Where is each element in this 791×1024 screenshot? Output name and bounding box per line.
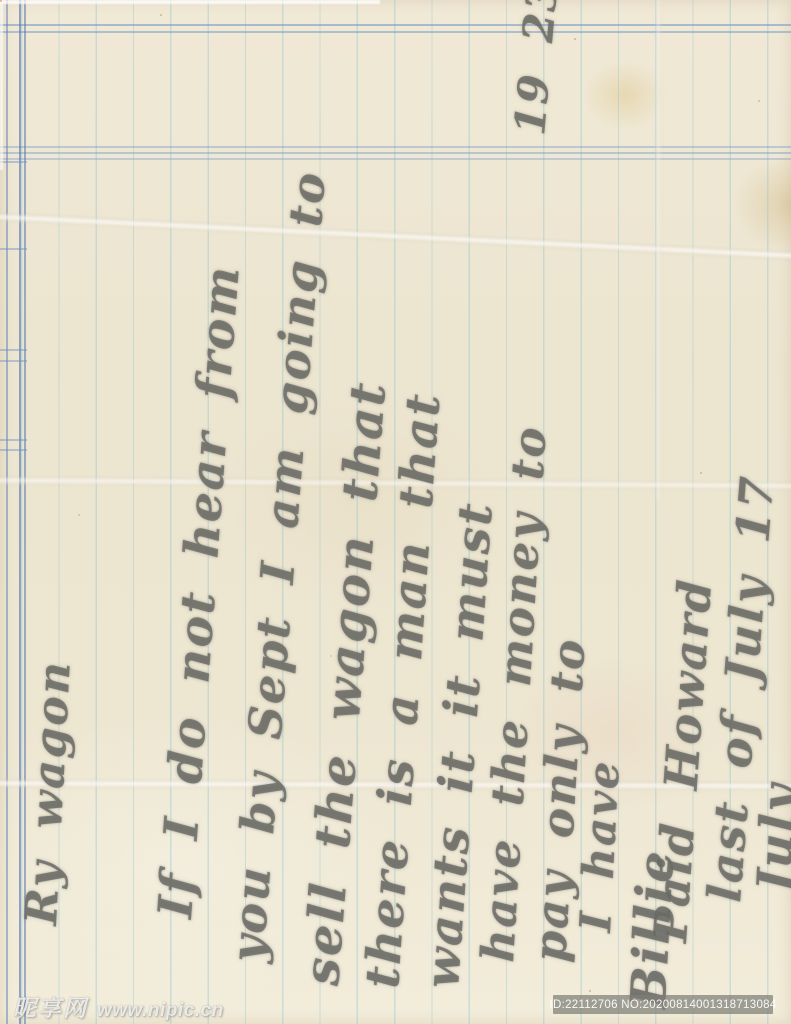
- handwriting-line: Billie: [619, 848, 685, 1010]
- handwriting-line: 19 23: [505, 0, 567, 137]
- scanned-letter-page: Ry wagonIf I do not hear fromyou by Sept…: [0, 0, 791, 1024]
- header-rule-line: [0, 24, 791, 26]
- under-sheet-rule-stub: [0, 248, 27, 250]
- handwriting-line: wants it it must: [415, 500, 504, 990]
- handwriting-line: last of July 17: [697, 473, 784, 904]
- under-sheet-edge-line: [6, 0, 8, 1024]
- ruled-lines-vertical: [0, 0, 791, 1024]
- under-sheet-rule-stub: [0, 161, 27, 163]
- handwriting-layer: Ry wagonIf I do not hear fromyou by Sept…: [0, 0, 791, 1024]
- nipic-site-name: 昵享网: [13, 990, 88, 1023]
- handwriting-line: pay only to: [523, 636, 596, 964]
- under-sheet-rule-stub: [0, 349, 27, 351]
- paper-fold-crease: [0, 779, 791, 791]
- paper-stain-specks: [0, 0, 2, 2]
- under-sheet-rule-stub: [0, 360, 27, 362]
- margin-line: [24, 0, 26, 1024]
- header-rule-line: [0, 31, 791, 33]
- paper-fold-crease: [0, 476, 791, 491]
- handwriting-line: If I do not hear from: [148, 263, 251, 920]
- header-rule-line: [0, 152, 791, 154]
- header-rule-line: [0, 146, 791, 148]
- nipic-site-url: www.nipic.cn: [97, 1000, 224, 1022]
- handwriting-line: July: [747, 781, 791, 893]
- handwriting-line: I have: [571, 758, 630, 933]
- handwriting-line: Paid Howard: [643, 576, 722, 944]
- handwriting-line: Ry wagon: [16, 659, 81, 926]
- nipic-watermark-logo: 昵享网 www.nipic.cn: [13, 990, 224, 1023]
- handwriting-line: you by Sept I am going to: [220, 169, 336, 964]
- under-sheet-rule-stub: [0, 449, 27, 451]
- paper-fold-crease-vertical: [655, 0, 661, 500]
- handwriting-line: there is a man that: [355, 390, 452, 989]
- paper-fold-crease: [0, 212, 791, 261]
- handwriting-line: have the money to: [471, 424, 557, 964]
- image-id-watermark: ID:22112706 NO:20200814001318713084: [553, 995, 773, 1014]
- handwriting-line: sell the wagon that: [292, 379, 397, 987]
- margin-line: [19, 0, 21, 1024]
- under-sheet-rule-stub: [0, 439, 27, 441]
- scan-edge-artifact: [0, 0, 380, 4]
- scan-edge-artifact: [0, 0, 3, 170]
- header-rule-line: [0, 158, 791, 160]
